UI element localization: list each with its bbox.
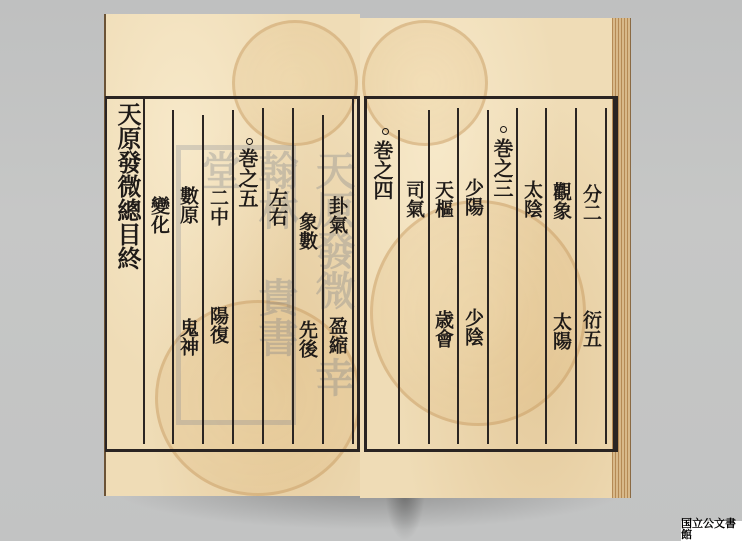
- column-rule: [232, 110, 234, 444]
- column-rule: [428, 110, 430, 444]
- column-rule: [457, 108, 459, 444]
- column-rule: [398, 130, 400, 444]
- entry-zuo-you: 左右: [267, 188, 286, 226]
- column-rule: [322, 115, 324, 444]
- volume-heading-3: 巻之三: [492, 138, 512, 198]
- entry-tai-yin: 太陰: [522, 180, 541, 218]
- entry-si-qi: 司氣: [404, 180, 423, 218]
- entry-shao-yin: 少陰: [463, 308, 482, 346]
- column-rule: [352, 99, 354, 444]
- archive-watermark: 国立公文書館 National Archives of Japan: [681, 521, 742, 541]
- entry-xiang-shu: 象數: [297, 212, 316, 250]
- book-title-end: 天原發微總目終: [115, 102, 139, 270]
- entry-yan-wu: 衍五: [581, 310, 600, 348]
- column-rule: [292, 108, 294, 444]
- entry-fen-er: 分二: [581, 184, 600, 222]
- column-rule: [516, 108, 518, 444]
- entry-ying-suo: 盈縮: [327, 316, 346, 354]
- column-rule: [575, 108, 577, 444]
- entry-xian-hou: 先後: [297, 320, 316, 358]
- entry-shao-yang: 少陽: [463, 178, 482, 216]
- watermark-title: 国立公文書館: [681, 518, 742, 540]
- entry-yang-fu: 陽復: [208, 306, 227, 344]
- entry-bian-hua: 變化: [149, 196, 168, 234]
- entry-guan-xiang: 觀象: [551, 182, 570, 220]
- entry-gui-shen: 鬼神: [178, 318, 197, 356]
- column-rule: [605, 108, 607, 444]
- column-rule: [172, 110, 174, 444]
- column-rule: [262, 108, 264, 444]
- section-marker: [500, 126, 507, 133]
- section-marker: [246, 138, 253, 145]
- volume-heading-5: 巻之五: [237, 148, 257, 208]
- entry-tian-shu: 天樞: [433, 180, 452, 218]
- entry-er-zhong: 二中: [208, 188, 227, 226]
- column-rule: [143, 99, 145, 444]
- entry-sui-hui: 歳會: [433, 310, 452, 348]
- column-rule: [487, 110, 489, 444]
- entry-tai-yang: 太陽: [551, 312, 570, 350]
- section-marker: [382, 128, 389, 135]
- entry-shu-yuan: 數原: [178, 186, 197, 224]
- volume-heading-4: 巻之四: [372, 140, 392, 200]
- column-rule: [202, 115, 204, 444]
- entry-gua-qi: 卦氣: [327, 196, 346, 234]
- column-rule: [545, 108, 547, 444]
